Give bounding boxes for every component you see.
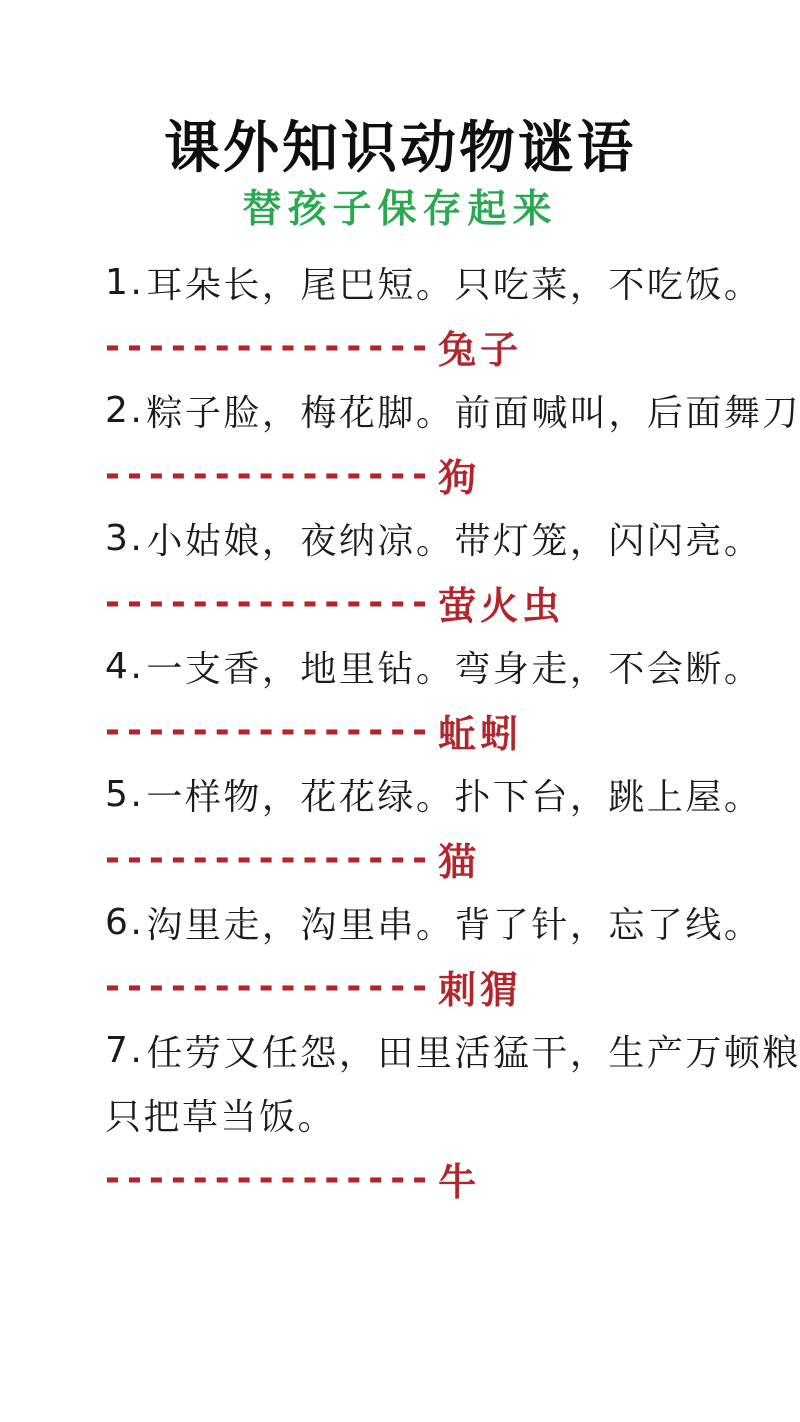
- answer-line: ---------------兔子: [105, 315, 770, 379]
- page-header: 课外知识动物谜语 替孩子保存起来: [0, 116, 800, 233]
- riddle-item-6: 6.沟里走，沟里串。背了针，忘了线。 ---------------刺猬: [105, 891, 770, 1019]
- riddle-sheet: 课外知识动物谜语 替孩子保存起来 1.耳朵长，尾巴短。只吃菜，不吃饭。 ----…: [0, 0, 800, 1422]
- riddle-text: 3.小姑娘，夜纳凉。带灯笼，闪闪亮。: [105, 507, 770, 571]
- riddle-number: 2.: [105, 390, 144, 431]
- answer-text: 牛: [438, 1151, 480, 1206]
- riddle-text: 5.一样物，花花绿。扑下台，跳上屋。: [105, 763, 770, 827]
- answer-line: ---------------萤火虫: [105, 571, 770, 635]
- answer-line: ---------------刺猬: [105, 955, 770, 1019]
- riddle-number: 3.: [105, 518, 144, 559]
- riddle-clue: 粽子脸，梅花脚。前面喊叫，后面舞刀: [146, 385, 800, 436]
- riddle-item-4: 4.一支香，地里钻。弯身走，不会断。 ---------------蚯蚓: [105, 635, 770, 763]
- riddle-clue: 一支香，地里钻。弯身走，不会断。: [146, 641, 762, 692]
- riddle-number: 5.: [105, 774, 144, 815]
- riddle-text: 2.粽子脸，梅花脚。前面喊叫，后面舞刀-: [105, 379, 770, 443]
- riddle-item-5: 5.一样物，花花绿。扑下台，跳上屋。 ---------------猫: [105, 763, 770, 891]
- answer-dashes: ---------------: [105, 582, 434, 623]
- answer-text: 兔子: [438, 319, 522, 374]
- riddle-text: 7.任劳又任怨，田里活猛干，生产万顿粮，: [105, 1019, 770, 1083]
- riddle-number: 4.: [105, 646, 144, 687]
- riddle-text: 1.耳朵长，尾巴短。只吃菜，不吃饭。: [105, 251, 770, 315]
- answer-dashes: ---------------: [105, 326, 434, 367]
- answer-text: 蚯蚓: [438, 703, 522, 758]
- riddle-number: 1.: [105, 262, 144, 303]
- answer-line: ---------------牛: [105, 1147, 770, 1211]
- answer-text: 萤火虫: [438, 575, 564, 630]
- answer-text: 刺猬: [438, 959, 522, 1014]
- answer-dashes: ---------------: [105, 966, 434, 1007]
- riddle-number: 6.: [105, 902, 144, 943]
- riddle-clue: 耳朵长，尾巴短。只吃菜，不吃饭。: [146, 257, 762, 308]
- answer-line: ---------------狗: [105, 443, 770, 507]
- answer-line: ---------------蚯蚓: [105, 699, 770, 763]
- answer-dashes: ---------------: [105, 454, 434, 495]
- riddle-item-1: 1.耳朵长，尾巴短。只吃菜，不吃饭。 ---------------兔子: [105, 251, 770, 379]
- answer-dashes: ---------------: [105, 710, 434, 751]
- answer-dashes: ---------------: [105, 838, 434, 879]
- riddle-text: 6.沟里走，沟里串。背了针，忘了线。: [105, 891, 770, 955]
- riddle-clue: 小姑娘，夜纳凉。带灯笼，闪闪亮。: [146, 513, 762, 564]
- riddle-clue: 沟里走，沟里串。背了针，忘了线。: [146, 897, 762, 948]
- riddle-item-7: 7.任劳又任怨，田里活猛干，生产万顿粮， 只把草当饭。 ------------…: [105, 1019, 770, 1211]
- riddle-item-2: 2.粽子脸，梅花脚。前面喊叫，后面舞刀- ---------------狗: [105, 379, 770, 507]
- riddle-text: 4.一支香，地里钻。弯身走，不会断。: [105, 635, 770, 699]
- riddle-clue: 任劳又任怨，田里活猛干，生产万顿粮，: [146, 1025, 800, 1076]
- answer-line: ---------------猫: [105, 827, 770, 891]
- riddle-number: 7.: [105, 1030, 144, 1071]
- answer-text: 猫: [438, 831, 480, 886]
- page-title: 课外知识动物谜语: [0, 116, 800, 182]
- answer-text: 狗: [438, 447, 480, 502]
- riddle-clue: 一样物，花花绿。扑下台，跳上屋。: [146, 769, 762, 820]
- answer-dashes: ---------------: [105, 1158, 434, 1199]
- riddle-text-line2: 只把草当饭。: [105, 1083, 770, 1147]
- riddle-item-3: 3.小姑娘，夜纳凉。带灯笼，闪闪亮。 ---------------萤火虫: [105, 507, 770, 635]
- riddle-list: 1.耳朵长，尾巴短。只吃菜，不吃饭。 ---------------兔子 2.粽…: [0, 251, 800, 1211]
- page-subtitle: 替孩子保存起来: [0, 188, 800, 233]
